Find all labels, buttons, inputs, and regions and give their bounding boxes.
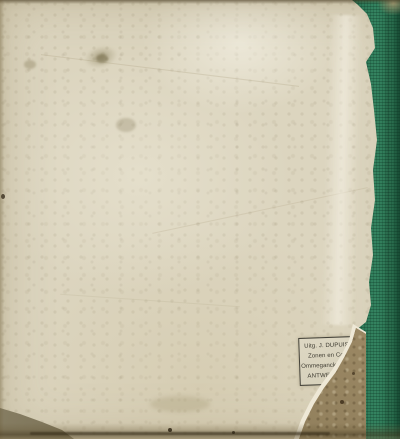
top-edge-shadow — [0, 0, 400, 4]
stain — [116, 118, 136, 132]
paper-wrinkle-highlight — [321, 15, 363, 326]
stain — [24, 60, 36, 69]
bottom-edge-dark-line — [30, 432, 330, 435]
paper-crease — [60, 294, 240, 308]
bottom-edge-shadow — [0, 423, 400, 439]
dark-speck — [168, 428, 172, 432]
cardboard-speck — [340, 400, 344, 404]
dark-speck — [232, 431, 235, 434]
left-edge-shadow — [0, 0, 4, 439]
paper-crease — [41, 54, 299, 87]
stain — [150, 396, 210, 412]
cardboard-speck — [352, 372, 355, 375]
book-back-cover-photo: Uitg. J. DUPUIS Zonen en Co. Ommeganckst… — [0, 0, 400, 439]
